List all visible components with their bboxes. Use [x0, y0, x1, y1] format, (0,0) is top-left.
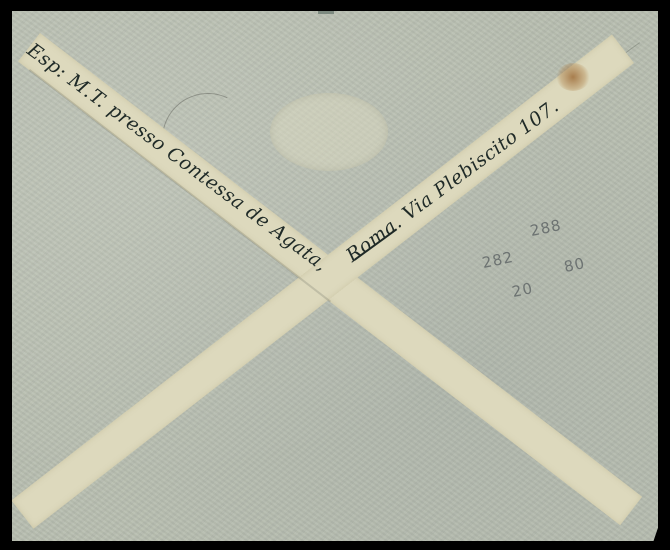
- brown-stain: [556, 63, 590, 91]
- envelope-back: Esp: M.T. presso Contessa de Agata, Roma…: [12, 11, 658, 541]
- top-edge-tear: [318, 11, 334, 14]
- seal-impression: [270, 93, 388, 171]
